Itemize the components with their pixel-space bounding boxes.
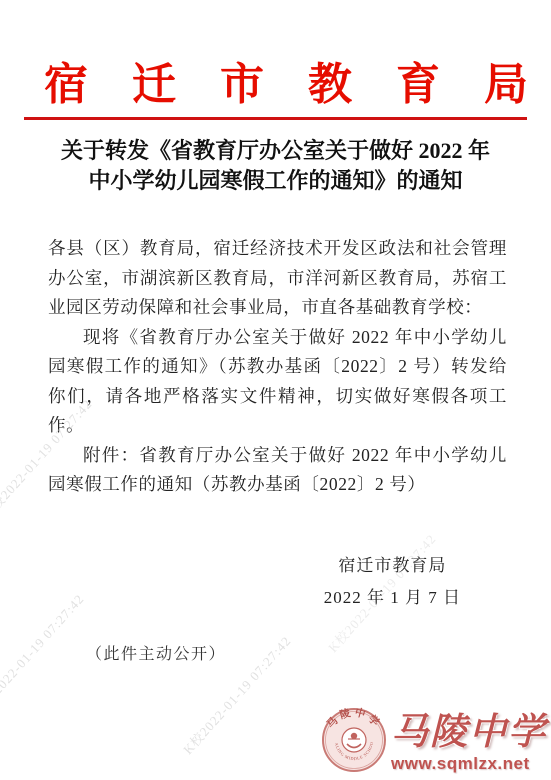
attachment-paragraph: 附件：省教育厅办公室关于做好 2022 年中小学幼儿园寒假工作的通知（苏教办基函…: [48, 441, 507, 500]
document-title: 关于转发《省教育厅办公室关于做好 2022 年 中小学幼儿园寒假工作的通知》的通…: [0, 136, 551, 196]
header-divider-rule: [24, 117, 527, 120]
school-name-calligraphy: 马陵中学: [391, 713, 547, 753]
agency-header-title: 宿迁市教育局: [0, 48, 551, 112]
main-paragraph: 现将《省教育厅办公室关于做好 2022 年中小学幼儿园寒假工作的通知》（苏教办基…: [48, 323, 507, 441]
document-title-line1: 关于转发《省教育厅办公室关于做好 2022 年: [0, 136, 551, 166]
recipients-paragraph: 各县（区）教育局，宿迁经济技术开发区政法和社会管理办公室，市湖滨新区教育局，市洋…: [48, 234, 507, 323]
document-body: 各县（区）教育局，宿迁经济技术开发区政法和社会管理办公室，市湖滨新区教育局，市洋…: [48, 234, 507, 500]
signature-block: 宿迁市教育局 2022 年 1 月 7 日: [0, 550, 551, 614]
document-page: 宿迁市教育局 关于转发《省教育厅办公室关于做好 2022 年 中小学幼儿园寒假工…: [0, 0, 551, 780]
school-website-url: www.sqmlzx.net: [391, 754, 530, 774]
signature-date: 2022 年 1 月 7 日: [324, 582, 461, 614]
document-title-line2: 中小学幼儿园寒假工作的通知》的通知: [0, 166, 551, 196]
school-seal-icon: 马陵中学 MALING MIDDLE SCHOOL: [321, 706, 387, 774]
disclosure-note: （此件主动公开）: [86, 641, 226, 664]
signature-agency: 宿迁市教育局: [324, 550, 461, 582]
school-logo: 马陵中学 MALING MIDDLE SCHOOL 马陵中学 www.sqmlz…: [321, 706, 547, 774]
